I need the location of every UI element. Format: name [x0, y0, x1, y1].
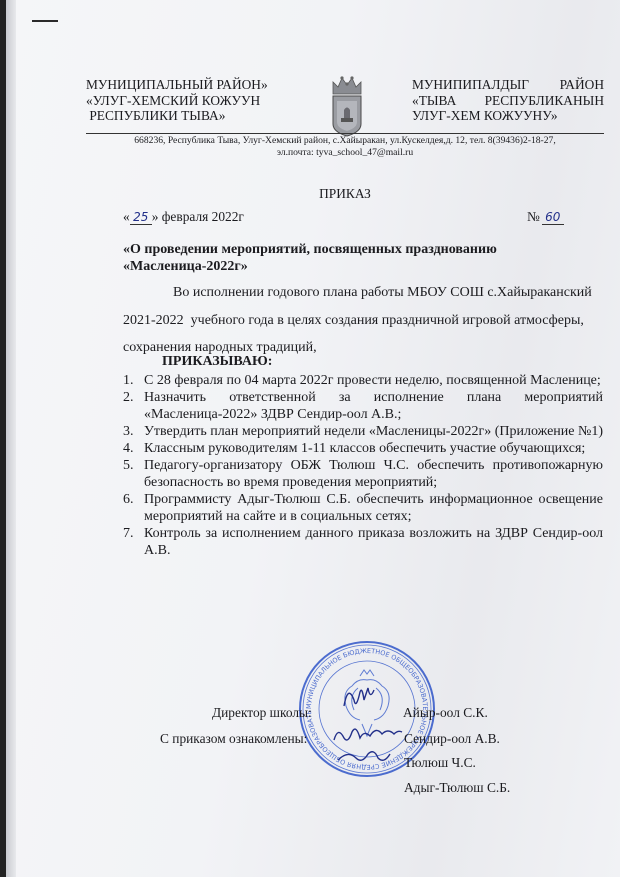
order-heading: ПРИКАЗЫВАЮ:: [162, 354, 272, 370]
acquainted-name: Адыг-Тюлюш С.Б.: [404, 780, 510, 796]
order-item: 2. Назначить ответственной за исполнение…: [123, 389, 603, 423]
header-left-block: МУНИЦИПАЛЬНЫЙ РАЙОН» «УЛУГ-ХЕМСКИЙ КОЖУУ…: [86, 77, 306, 124]
address-line: 668236, Республика Тыва, Улуг-Хемский ра…: [86, 135, 604, 147]
order-item: 7. Контроль за исполнением данного прика…: [123, 525, 603, 559]
document-number: №60: [527, 209, 564, 225]
document-title: ПРИКАЗ: [86, 186, 604, 202]
item-number: 7.: [123, 525, 144, 559]
email-line: эл.почта: tyva_school_47@mail.ru: [86, 147, 604, 159]
item-number: 3.: [123, 423, 144, 440]
header-right-word: РАЙОН: [560, 77, 604, 93]
coat-of-arms-icon: [330, 74, 364, 140]
header-right-block: МУНИПИПАЛДЫГ РАЙОН «ТЫВА РЕСПУБЛИКАНЫН У…: [412, 77, 604, 124]
document-date: «25» февраля 2022г: [123, 209, 244, 225]
date-day-handwritten: 25: [130, 210, 152, 225]
order-items-list: 1. С 28 февраля по 04 марта 2022г провес…: [123, 372, 603, 559]
order-item: 3. Утвердить план мероприятий недели «Ма…: [123, 423, 603, 440]
header-right-line-2: «ТЫВА РЕСПУБЛИКАНЫН: [412, 93, 604, 109]
scan-edge-gradient: [6, 0, 16, 877]
header-left-line-3: РЕСПУБЛИКИ ТЫВА»: [86, 108, 306, 124]
date-open-quote: «: [123, 209, 130, 224]
header-divider: [86, 133, 604, 134]
item-text: Контроль за исполнением данного приказа …: [144, 525, 603, 559]
item-text: С 28 февраля по 04 марта 2022г провести …: [144, 372, 603, 389]
order-item: 6. Программисту Адыг-Тюлюш С.Б. обеспечи…: [123, 491, 603, 525]
item-number: 5.: [123, 457, 144, 491]
intro-line: 2021-2022 учебного года в целях создания…: [123, 307, 603, 335]
acquainted-name: Тюлюш Ч.С.: [404, 755, 476, 771]
scan-mark: [32, 20, 58, 22]
item-text: Программисту Адыг-Тюлюш С.Б. обеспечить …: [144, 491, 603, 525]
director-label: Директор школы:: [212, 705, 312, 721]
header-left-line-2: «УЛУГ-ХЕМСКИЙ КОЖУУН: [86, 93, 306, 109]
acquainted-name: Сендир-оол А.В.: [404, 731, 500, 747]
intro-line: Во исполнении годового плана работы МБОУ…: [123, 279, 603, 307]
header-right-line-1: МУНИПИПАЛДЫГ РАЙОН: [412, 77, 604, 93]
order-item: 5. Педагогу-организатору ОБЖ Тюлюш Ч.С. …: [123, 457, 603, 491]
item-text: Утвердить план мероприятий недели «Масле…: [144, 423, 603, 440]
number-handwritten: 60: [542, 210, 564, 225]
item-number: 2.: [123, 389, 144, 423]
header-right-line-3: УЛУГ-ХЕМ КОЖУУНУ»: [412, 108, 604, 124]
item-text: Классным руководителям 1-11 классов обес…: [144, 440, 603, 457]
date-month-year: » февраля 2022г: [152, 209, 244, 224]
header-right-word: «ТЫВА: [412, 93, 456, 109]
item-number: 6.: [123, 491, 144, 525]
item-number: 4.: [123, 440, 144, 457]
header-right-word: МУНИПИПАЛДЫГ: [412, 77, 529, 93]
item-text: Назначить ответственной за исполнение пл…: [144, 389, 603, 423]
scanned-document-page: МУНИЦИПАЛЬНЫЙ РАЙОН» «УЛУГ-ХЕМСКИЙ КОЖУУ…: [0, 0, 620, 877]
document-subject: «О проведении мероприятий, посвященных п…: [123, 241, 603, 275]
intro-paragraph: Во исполнении годового плана работы МБОУ…: [123, 279, 603, 362]
order-item: 1. С 28 февраля по 04 марта 2022г провес…: [123, 372, 603, 389]
number-label: №: [527, 209, 540, 224]
address-block: 668236, Республика Тыва, Улуг-Хемский ра…: [86, 135, 604, 158]
item-text: Педагогу-организатору ОБЖ Тюлюш Ч.С. обе…: [144, 457, 603, 491]
item-number: 1.: [123, 372, 144, 389]
header-left-line-1: МУНИЦИПАЛЬНЫЙ РАЙОН»: [86, 77, 306, 93]
acquainted-label: С приказом ознакомлены:: [160, 731, 307, 747]
header-right-word: РЕСПУБЛИКАНЫН: [485, 93, 604, 109]
order-item: 4. Классным руководителям 1-11 классов о…: [123, 440, 603, 457]
director-name: Айыр-оол С.К.: [403, 705, 488, 721]
